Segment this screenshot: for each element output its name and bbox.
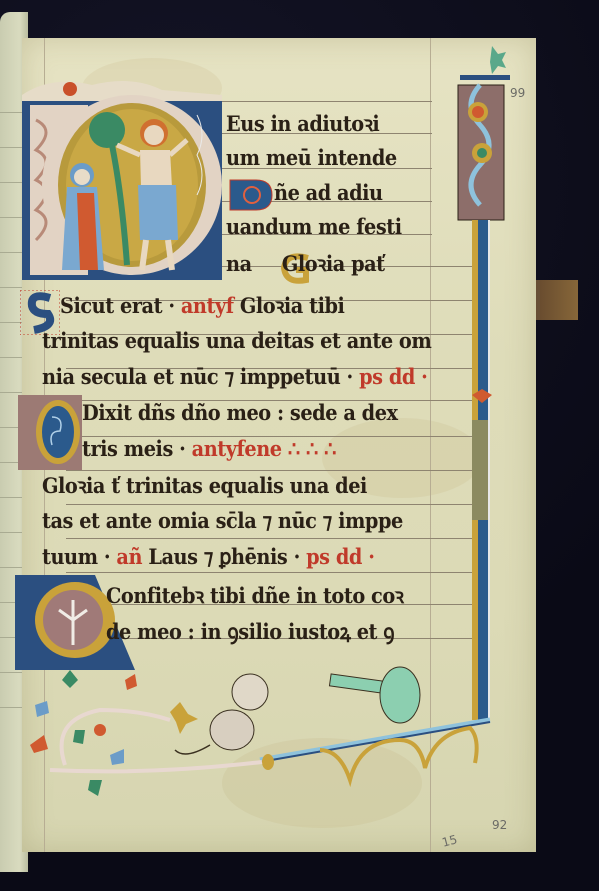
text-line-15: de meo : in ꝯsilio iustoꝝ et ꝯ xyxy=(106,618,394,646)
text-line-12: tas et ante omia sc̄la ⁊ nūc ⁊ imppe xyxy=(42,508,403,533)
text-line-5: na Gloꝛia pať xyxy=(226,250,385,278)
text-line-9: Dixit dñs dño meo : sede a dex xyxy=(82,400,398,425)
text-line-8: nia secula et nūc ⁊ imppetuū · ps dd · xyxy=(42,364,427,389)
text-line-14: Confitebꝛ tibi dñe in toto coꝛ xyxy=(106,582,403,610)
text-line-1: Eus in adiutoꝛi xyxy=(226,110,379,138)
text-line-13: tuum · añ Laus ⁊ ꝑhēnis · ps dd · xyxy=(42,544,374,569)
bottom-border xyxy=(10,650,540,810)
folio-number-bottom: 92 xyxy=(492,818,507,832)
text-line-2: um meū intende xyxy=(226,145,397,170)
text-line-11: Gloꝛia ť trinitas equalis una dei xyxy=(42,472,367,500)
text-line-7: trinitas equalis una deitas et ante om xyxy=(42,328,431,353)
historiated-initial-d xyxy=(22,75,222,280)
text-line-10: tris meis · antyfene ∴ ∴ ∴ xyxy=(82,436,336,461)
initial-d-red xyxy=(226,176,276,214)
right-border-bar xyxy=(450,40,540,740)
text-line-4: uandum me festi xyxy=(226,214,402,239)
text-line-3: ñe ad adiu xyxy=(274,180,383,205)
initial-d-small xyxy=(18,395,82,470)
text-line-6: Sicut erat · antyf Gloꝛia tibi xyxy=(60,292,344,320)
